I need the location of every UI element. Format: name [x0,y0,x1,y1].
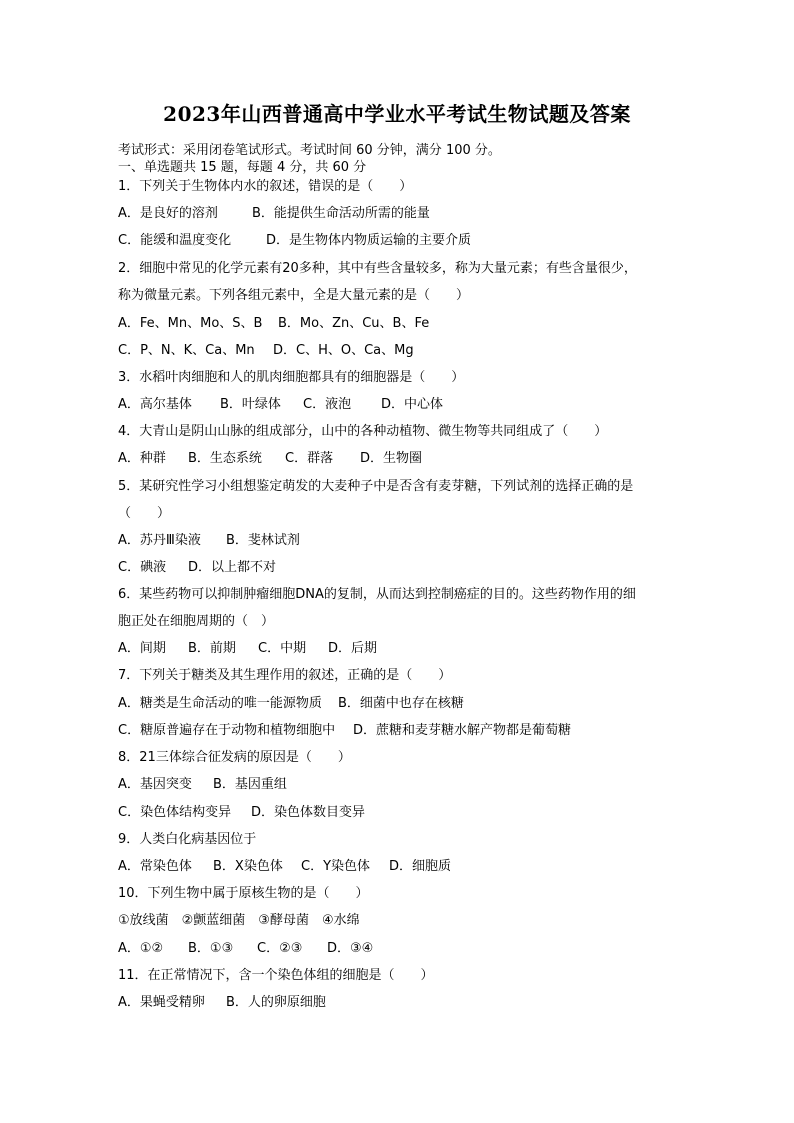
question-7-options-row-1: A．糖类是生命活动的唯一能源物质B．细菌中也存在核糖 [118,696,464,712]
question-5-stem-line-2: （ ） [118,506,170,522]
question-6-stem-line-2: 胞正处在细胞周期的（ ） [118,614,274,630]
option-d: D．染色体数目变异 [251,805,365,821]
question-2-stem-line-1: 2．细胞中常见的化学元素有20多种，其中有些含量较多，称为大量元素；有些含量很少… [118,261,637,277]
question-2-stem-line-2: 称为微量元素。下列各组元素中，全是大量元素的是（ ） [118,288,469,304]
option-d: D．细胞质 [389,859,451,875]
option-c: C．碘液 [118,560,188,576]
question-11-options-row-1: A．果蝇受精卵B．人的卵原细胞 [118,995,326,1011]
question-3-options-row-1: A．高尔基体B．叶绿体C．液泡D．中心体 [118,397,443,413]
question-6-options-row-1: A．间期B．前期C．中期D．后期 [118,641,377,657]
option-a: A．①② [118,941,188,957]
option-a: A．Fe、Mn、Mo、S、B [118,316,278,332]
question-6-stem-line-1: 6．某些药物可以抑制肿瘤细胞DNA的复制，从而达到控制癌症的目的。这些药物作用的… [118,587,636,603]
option-d: D．以上都不对 [188,560,276,576]
question-8-options-row-2: C．染色体结构变异D．染色体数目变异 [118,805,365,821]
section-heading: 一、单选题共 15 题，每题 4 分，共 60 分 [118,160,366,176]
option-c: C．液泡 [303,397,381,413]
option-b: B．细菌中也存在核糖 [338,696,464,712]
option-a: A．苏丹Ⅲ染液 [118,533,226,549]
option-c: C．P、N、K、Ca、Mn [118,343,273,359]
option-a: A．常染色体 [118,859,213,875]
option-c: C．染色体结构变异 [118,805,251,821]
option-c: C．能缓和温度变化 [118,233,266,249]
option-a: A．是良好的溶剂 [118,206,252,222]
option-c: C．Y染色体 [301,859,389,875]
question-3-stem: 3．水稻叶肉细胞和人的肌肉细胞都具有的细胞器是（ ） [118,370,464,386]
option-b: B．①③ [188,941,257,957]
question-1-options-row-2: C．能缓和温度变化D．是生物体内物质运输的主要介质 [118,233,471,249]
option-a: A．高尔基体 [118,397,220,413]
question-10-stem-line-1: 10．下列生物中属于原核生物的是（ ） [118,886,369,902]
question-11-stem: 11．在正常情况下，含一个染色体组的细胞是（ ） [118,968,434,984]
option-a: A．果蝇受精卵 [118,995,226,1011]
option-c: C．②③ [257,941,327,957]
option-b: B．生态系统 [188,451,285,467]
option-c: C．糖原普遍存在于动物和植物细胞中 [118,723,353,739]
question-5-stem-line-1: 5．某研究性学习小组想鉴定萌发的大麦种子中是否含有麦芽糖，下列试剂的选择正确的是 [118,479,633,495]
option-d: D．后期 [328,641,377,657]
question-1-stem: 1．下列关于生物体内水的叙述，错误的是（ ） [118,179,412,195]
option-d: D．C、H、O、Ca、Mg [273,343,414,359]
option-d: D．蔗糖和麦芽糖水解产物都是葡萄糖 [353,723,571,739]
option-b: B．叶绿体 [220,397,303,413]
question-5-options-row-1: A．苏丹Ⅲ染液B．斐林试剂 [118,533,300,549]
option-a: A．种群 [118,451,188,467]
option-b: B．X染色体 [213,859,301,875]
question-4-stem: 4．大青山是阴山山脉的组成部分，山中的各种动植物、微生物等共同组成了（ ） [118,424,607,440]
question-8-options-row-1: A．基因突变B．基因重组 [118,777,287,793]
option-b: B．基因重组 [213,777,287,793]
document-page: 2023年山西普通高中学业水平考试生物试题及答案 考试形式：采用闭卷笔试形式。考… [0,0,794,1123]
option-a: A．糖类是生命活动的唯一能源物质 [118,696,338,712]
question-8-stem: 8．21三体综合征发病的原因是（ ） [118,750,351,766]
page-title: 2023年山西普通高中学业水平考试生物试题及答案 [0,98,794,127]
question-7-options-row-2: C．糖原普遍存在于动物和植物细胞中D．蔗糖和麦芽糖水解产物都是葡萄糖 [118,723,571,739]
question-4-options-row-1: A．种群B．生态系统C．群落D．生物圈 [118,451,422,467]
option-b: B．前期 [188,641,258,657]
question-9-stem: 9．人类白化病基因位于 [118,832,256,848]
question-7-stem: 7．下列关于糖类及其生理作用的叙述，正确的是（ ） [118,668,451,684]
question-1-options-row-1: A．是良好的溶剂B．能提供生命活动所需的能量 [118,206,430,222]
option-d: D．是生物体内物质运输的主要介质 [266,233,471,249]
question-5-options-row-2: C．碘液D．以上都不对 [118,560,276,576]
question-10-stem-line-2: ①放线菌 ②颤蓝细菌 ③酵母菌 ④水绵 [118,913,360,929]
question-9-options-row-1: A．常染色体B．X染色体C．Y染色体D．细胞质 [118,859,451,875]
option-d: D．③④ [327,941,373,957]
option-b: B．斐林试剂 [226,533,300,549]
option-c: C．群落 [285,451,360,467]
option-b: B．能提供生命活动所需的能量 [252,206,430,222]
exam-info: 考试形式：采用闭卷笔试形式。考试时间 60 分钟，满分 100 分。 [118,143,501,159]
question-10-options-row-1: A．①②B．①③C．②③D．③④ [118,941,373,957]
question-2-options-row-2: C．P、N、K、Ca、MnD．C、H、O、Ca、Mg [118,343,414,359]
option-a: A．基因突变 [118,777,213,793]
option-c: C．中期 [258,641,328,657]
option-d: D．生物圈 [360,451,422,467]
question-2-options-row-1: A．Fe、Mn、Mo、S、BB．Mo、Zn、Cu、B、Fe [118,316,429,332]
option-b: B．Mo、Zn、Cu、B、Fe [278,316,429,332]
option-b: B．人的卵原细胞 [226,995,326,1011]
option-a: A．间期 [118,641,188,657]
option-d: D．中心体 [381,397,443,413]
